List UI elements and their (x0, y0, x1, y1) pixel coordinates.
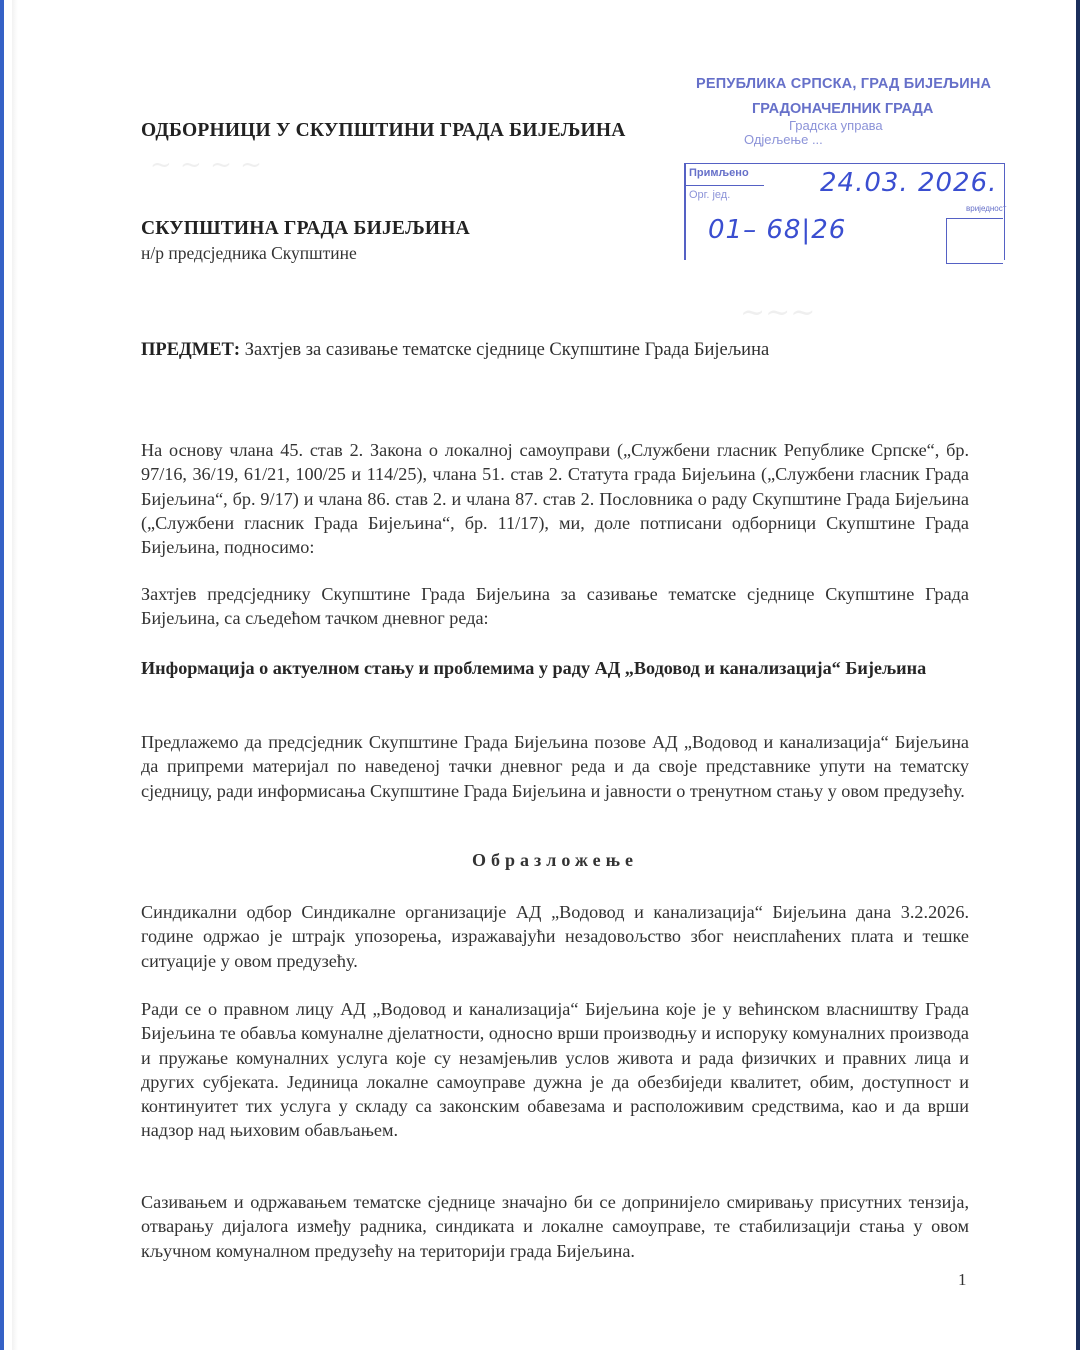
stamp-line-republic: РЕПУБЛИКА СРПСКА, ГРАД БИЈЕЉИНА (696, 76, 991, 92)
stamp-field-received: Примљено (689, 167, 749, 179)
stamp-value-cell (946, 218, 1003, 264)
paragraph-rationale-2: Ради се о правном лицу АД „Водовод и кан… (141, 997, 969, 1143)
page-number: 1 (958, 1270, 967, 1290)
stamp-field-org-unit: Орг. јед. (689, 189, 730, 201)
recipient-group-heading: ОДБОРНИЦИ У СКУПШТИНИ ГРАДА БИЈЕЉИНА (141, 120, 626, 142)
subject-label: ПРЕДМЕТ: (141, 340, 240, 360)
stamp-divider (684, 185, 764, 186)
agenda-item: Информација о актуелном стању и проблеми… (141, 656, 969, 680)
rationale-heading: Образложење (141, 850, 969, 871)
document-viewer: ~ ~ ~ ~ ~~~ ОДБОРНИЦИ У СКУПШТИНИ ГРАДА … (0, 0, 1080, 1350)
paragraph-proposal: Предлажемо да предсједник Скупштине Град… (141, 730, 969, 803)
bleed-through-signature: ~~~ (740, 295, 815, 330)
stamp-field-value: вриједност (966, 204, 1006, 213)
subject-text: Захтјев за сазивање тематске сједнице Ск… (245, 340, 770, 360)
paragraph-rationale-1: Синдикални одбор Синдикалне организације… (141, 900, 969, 973)
addressee-name: СКУПШТИНА ГРАДА БИЈЕЉИНА (141, 218, 470, 240)
paragraph-request: Захтјев предсједнику Скупштине Града Биј… (141, 582, 969, 631)
paragraph-rationale-3: Сазивањем и одржавањем тематске сједнице… (141, 1190, 969, 1263)
subject-line: ПРЕДМЕТ: Захтјев за сазивање тематске сј… (141, 340, 769, 361)
paragraph-legal-basis: На основу члана 45. став 2. Закона о лок… (141, 438, 969, 559)
stamp-line-mayor: ГРАДОНАЧЕЛНИК ГРАДА (752, 101, 933, 117)
bleed-through-marks: ~ ~ ~ ~ (150, 150, 262, 180)
received-date-handwritten: 24.03. 2026. (820, 168, 997, 198)
document-page: ~ ~ ~ ~ ~~~ ОДБОРНИЦИ У СКУПШТИНИ ГРАДА … (0, 0, 1080, 1350)
stamp-line-administration: Градска управа (789, 118, 883, 133)
reference-number-handwritten: 01– 68|26 (708, 215, 846, 245)
stamp-line-department: Одјељење ... (744, 132, 823, 147)
addressee-attention: н/р предсједника Скупштине (141, 243, 357, 264)
